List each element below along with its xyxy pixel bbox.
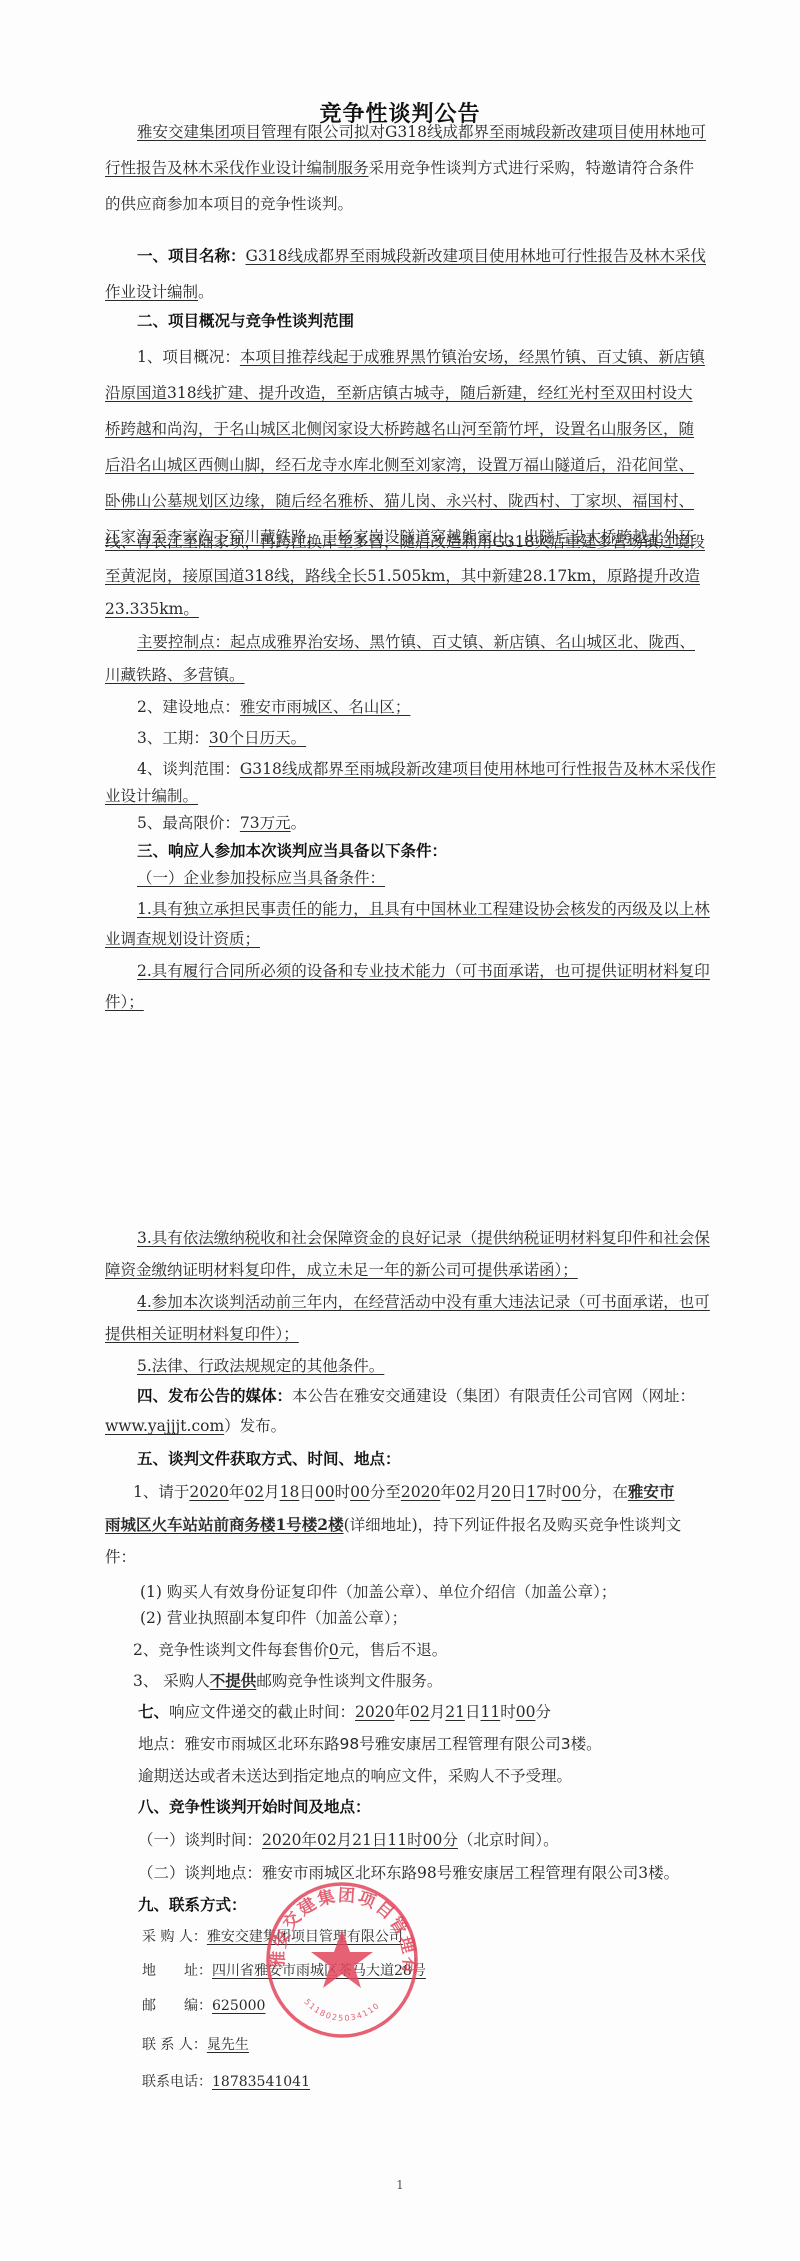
mail-order-line: 3、 采购人不提供邮购竞争性谈判文件服务。: [133, 1671, 442, 1691]
doc-price-line: 2、竞争性谈判文件每套售价0元，售后不退。: [133, 1640, 447, 1660]
scope-label: 4、谈判范围：: [137, 760, 240, 778]
contact-label: 联系电话：: [142, 2074, 212, 2090]
section1-heading: 一、项目名称：: [137, 247, 246, 265]
acquire-line-3: 件：: [105, 1547, 136, 1567]
deadline-address: 地点：雅安市雨城区北环东路98号雅安康居工程管理有限公司3楼。: [138, 1734, 602, 1754]
unit-day: 日: [465, 1703, 481, 1721]
unit-month: 月: [476, 1483, 492, 1501]
deadline-year: 2020: [355, 1703, 394, 1721]
unit-hour: 时: [335, 1483, 351, 1501]
section5-heading: 五、谈判文件获取方式、时间、地点：: [137, 1449, 401, 1469]
overview-line-8: 23.335km。: [105, 599, 199, 619]
required-doc-1: (1) 购买人有效身份证复印件（加盖公章）、单位介绍信（加盖公章）；: [140, 1582, 616, 1602]
requirement-4-line-1: 4.参加本次谈判活动前三年内，在经营活动中没有重大违法记录（可书面承诺，也可: [137, 1292, 710, 1312]
unit-month: 月: [264, 1483, 280, 1501]
deadline-day: 21: [445, 1703, 465, 1721]
unit-year: 年: [229, 1483, 245, 1501]
required-doc-2: (2) 营业执照副本复印件（加盖公章）；: [140, 1608, 407, 1628]
requirement-1-line-2: 业调查规划设计资质；: [105, 929, 260, 949]
negotiation-time-line: （一）谈判时间：2020年02月21日11时00分（北京时间）。: [138, 1830, 559, 1850]
deadline-min: 00: [516, 1703, 536, 1721]
contact-value: 晁先生: [207, 2037, 249, 2053]
start-month: 02: [244, 1483, 264, 1501]
requirement-1-line-1: 1.具有独立承担民事责任的能力，且具有中国林业工程建设协会核发的丙级及以上林: [137, 899, 710, 919]
overview-text: 本项目推荐线起于成雅界黑竹镇治安场，经黑竹镇、百丈镇、新店镇: [240, 348, 705, 366]
overview-label: 1、项目概况：: [137, 348, 240, 366]
contact-label: 采 购 人：: [142, 1929, 207, 1945]
period-line: 3、工期：30个日历天。: [137, 728, 306, 748]
section4-end: ）发布。: [224, 1417, 286, 1435]
requirement-5: 5.法律、行政法规规定的其他条件。: [137, 1356, 384, 1376]
max-price-end: 。: [291, 814, 307, 832]
unit-hour: 时: [500, 1703, 516, 1721]
contact-label: 邮 编：: [142, 1998, 212, 2014]
section1-line-1: 一、项目名称：G318线成都界至雨城段新改建项目使用林地可行性报告及林木采伐: [137, 246, 706, 266]
unit-to: 至: [385, 1483, 401, 1501]
requirement-3-line-2: 障资金缴纳证明材料复印件，成立未足一年的新公司可提供承诺函）；: [105, 1260, 578, 1280]
negotiation-time-value: 2020年02月21日11时00分: [262, 1831, 458, 1849]
unit-at: ，在: [597, 1483, 628, 1501]
location-line: 2、建设地点：雅安市雨城区、名山区；: [137, 697, 410, 717]
contact-value: 625000: [212, 1998, 265, 2014]
unit-min: 分: [581, 1483, 597, 1501]
contact-value[interactable]: 18783541041: [212, 2074, 310, 2090]
intro-line-1: 雅安交建集团项目管理有限公司拟对G318线成都界至雨城段新改建项目使用林地可: [137, 122, 706, 142]
acquire-after-address: (详细地址)，持下列证件报名及购买竞争性谈判文: [344, 1516, 682, 1534]
unit-year: 年: [440, 1483, 456, 1501]
scope-value: G318线成都界至雨城段新改建项目使用林地可行性报告及林木采伐作: [240, 760, 716, 778]
start-min: 00: [350, 1483, 370, 1501]
period-value: 30个日历天。: [209, 729, 306, 747]
website-link[interactable]: www.yajjjt.com: [105, 1417, 224, 1435]
mail-order-not-provided: 不提供: [210, 1671, 257, 1690]
acquire-address-part1: 雅安市: [628, 1482, 675, 1501]
project-name: G318线成都界至雨城段新改建项目使用林地可行性报告及林木采伐: [246, 247, 706, 265]
end-year: 2020: [401, 1483, 440, 1501]
unit-min: 分: [370, 1483, 386, 1501]
requirement-2-line-1: 2.具有履行合同所必须的设备和专业技术能力（可书面承诺，也可提供证明材料复印: [137, 961, 710, 981]
unit-day: 日: [299, 1483, 315, 1501]
contact-person: 联 系 人：晁先生: [142, 2035, 249, 2055]
mail-order-suffix: 邮购竞争性谈判文件服务。: [256, 1672, 442, 1690]
section1-end: 。: [198, 283, 214, 301]
unit-day: 日: [511, 1483, 527, 1501]
overview-line-6: 线、青衣江至陆家坝，再跨江换岸至多营，随后改造利用G318灾后重建多营场镇过境段: [105, 532, 705, 552]
overview-line-2: 桥跨越和尚沟，于名山城区北侧闵家设大桥跨越名山河至箭竹坪，设置名山服务区，随: [105, 419, 694, 439]
doc-price-suffix: 元，售后不退。: [339, 1641, 448, 1659]
section4-line-2: www.yajjjt.com）发布。: [105, 1416, 286, 1436]
document-page: 竞争性谈判公告 雅安交建集团项目管理有限公司拟对G318线成都界至雨城段新改建项…: [0, 0, 800, 2261]
contact-label: 地 址：: [142, 1963, 212, 1979]
section4-text: 本公告在雅安交通建设（集团）有限责任公司官网（网址：: [292, 1387, 695, 1405]
control-points-line-1: 主要控制点：起点成雅界治安场、黑竹镇、百丈镇、新店镇、名山城区北、陇西、: [137, 632, 695, 652]
end-hour: 17: [526, 1483, 546, 1501]
requirement-4-line-2: 提供相关证明材料复印件）；: [105, 1324, 299, 1344]
start-hour: 00: [315, 1483, 335, 1501]
scope-line-1: 4、谈判范围：G318线成都界至雨城段新改建项目使用林地可行性报告及林木采伐作: [137, 759, 716, 779]
acquire-address-line: 雨城区火车站站前商务楼1号楼2楼(详细地址)，持下列证件报名及购买竞争性谈判文: [105, 1515, 681, 1535]
overview-line-0: 1、项目概况：本项目推荐线起于成雅界黑竹镇治安场，经黑竹镇、百丈镇、新店镇: [137, 347, 705, 367]
section7-heading: 七、: [138, 1703, 169, 1721]
contact-postcode: 邮 编：625000: [142, 1996, 265, 2016]
deadline-note: 逾期送达或者未送达到指定地点的响应文件，采购人不予受理。: [138, 1766, 572, 1786]
intro-line-2: 行性报告及林木采伐作业设计编制服务采用竞争性谈判方式进行采购，特邀请符合条件: [105, 158, 694, 178]
section8-heading: 八、竞争性谈判开始时间及地点：: [138, 1797, 371, 1817]
overview-line-7: 至黄泥岗，接原国道318线，路线全长51.505km，其中新建28.17km，原…: [105, 566, 700, 586]
acquire-prefix: 1、请于: [133, 1483, 189, 1501]
acquire-time-line: 1、请于2020年02月18日00时00分至2020年02月20日17时00分，…: [133, 1482, 674, 1502]
start-day: 18: [280, 1483, 300, 1501]
deadline-hour: 11: [481, 1703, 501, 1721]
negotiation-time-label: （一）谈判时间：: [138, 1831, 262, 1849]
page-number: 1: [0, 2178, 800, 2192]
intro-line-3: 的供应商参加本项目的竞争性谈判。: [105, 194, 353, 214]
location-value: 雅安市雨城区、名山区；: [240, 698, 411, 716]
deadline-month: 02: [410, 1703, 430, 1721]
project-name-cont: 作业设计编制: [105, 283, 198, 301]
max-price-label: 5、最高限价：: [137, 814, 240, 832]
mail-order-prefix: 3、 采购人: [133, 1672, 210, 1690]
unit-month: 月: [430, 1703, 446, 1721]
overview-line-4: 卧佛山公墓规划区边缘，随后经名雅桥、猫儿岗、永兴村、陇西村、丁家坝、福国村、: [105, 491, 694, 511]
max-price-value: 73万元: [240, 814, 291, 832]
unit-hour: 时: [546, 1483, 562, 1501]
end-month: 02: [456, 1483, 476, 1501]
end-min: 00: [562, 1483, 582, 1501]
unit-year: 年: [394, 1703, 410, 1721]
section9-heading: 九、联系方式：: [138, 1895, 247, 1915]
max-price-line: 5、最高限价：73万元。: [137, 813, 306, 833]
section1-line-2: 作业设计编制。: [105, 282, 214, 302]
doc-price-prefix: 2、竞争性谈判文件每套售价: [133, 1641, 329, 1659]
section3-subheading: （一）企业参加投标应当具备条件：: [137, 868, 385, 888]
contact-label: 联 系 人：: [142, 2037, 207, 2053]
requirement-2-line-2: 件）；: [105, 992, 144, 1012]
section4-line-1: 四、发布公告的媒体：本公告在雅安交通建设（集团）有限责任公司官网（网址：: [137, 1386, 695, 1406]
overview-line-3: 后沿名山城区西侧山脚，经石龙寺水库北侧至刘家湾，设置万福山隧道后，沿花间堂、: [105, 455, 694, 475]
negotiation-time-suffix: （北京时间）。: [458, 1831, 559, 1849]
section2-heading: 二、项目概况与竞争性谈判范围: [137, 311, 354, 331]
official-seal-icon: 雅安交建集团项目管理有限公司 5118025034110: [262, 1880, 422, 2040]
deadline-label: 响应文件递交的截止时间：: [169, 1703, 355, 1721]
period-label: 3、工期：: [137, 729, 209, 747]
section3-heading: 三、响应人参加本次谈判应当具备以下条件：: [137, 841, 447, 861]
start-year: 2020: [189, 1483, 228, 1501]
acquire-address-part2: 雨城区火车站站前商务楼1号楼2楼: [105, 1515, 344, 1534]
location-label: 2、建设地点：: [137, 698, 240, 716]
end-day: 20: [491, 1483, 511, 1501]
contact-phone: 联系电话：18783541041: [142, 2072, 310, 2092]
svg-text:5118025034110: 5118025034110: [302, 1997, 381, 2023]
doc-price-value: 0: [329, 1641, 339, 1659]
requirement-3-line-1: 3.具有依法缴纳税收和社会保障资金的良好记录（提供纳税证明材料复印件和社会保: [137, 1228, 710, 1248]
intro-line-2-rest: 采用竞争性谈判方式进行采购，特邀请符合条件: [369, 159, 695, 177]
scope-line-2: 业设计编制。: [105, 786, 198, 806]
section4-heading: 四、发布公告的媒体：: [137, 1387, 292, 1405]
unit-min: 分: [535, 1703, 551, 1721]
intro-service-name: 行性报告及林木采伐作业设计编制服务: [105, 159, 369, 177]
deadline-line: 七、响应文件递交的截止时间：2020年02月21日11时00分: [138, 1702, 551, 1722]
overview-line-1: 沿原国道318线扩建、提升改造，至新店镇古城寺，随后新建，经红光村至双田村设大: [105, 383, 693, 403]
control-points-line-2: 川藏铁路、多营镇。: [105, 665, 245, 685]
